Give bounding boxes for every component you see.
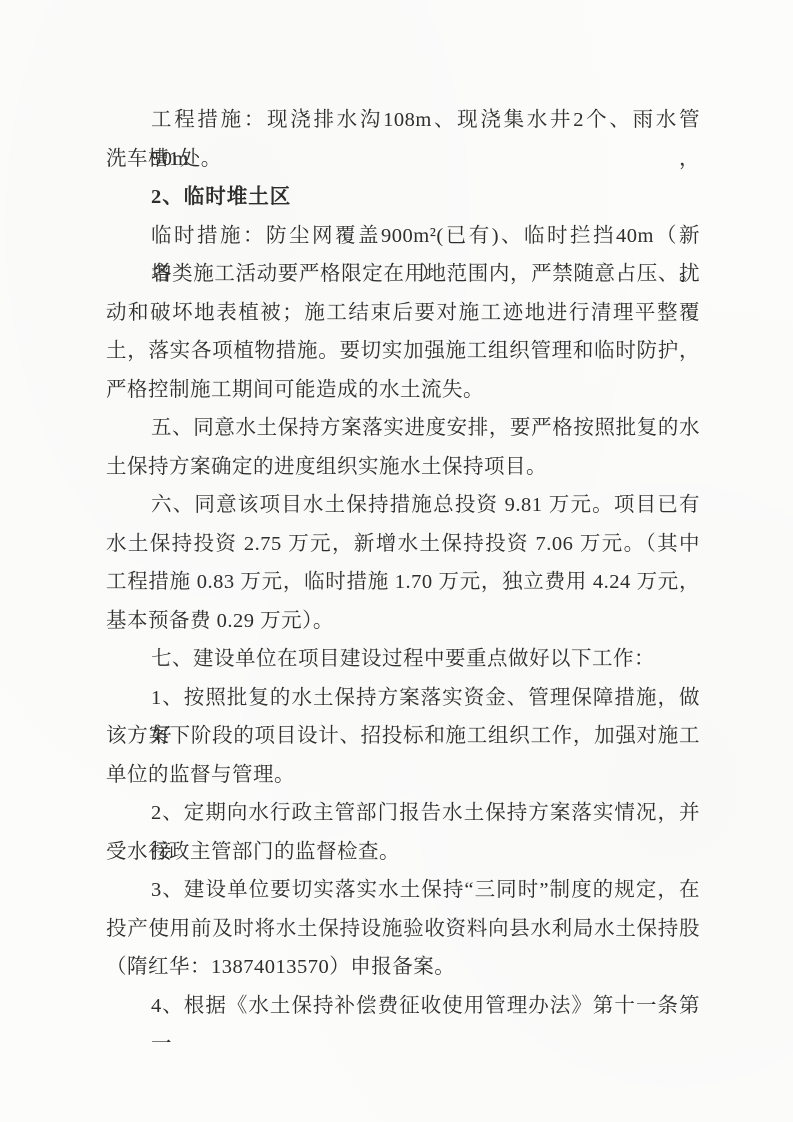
text-line: 临时措施：防尘网覆盖900m²(已有)、临时拦挡40m（新增）。 bbox=[106, 217, 700, 256]
text-line: 该方案下阶段的项目设计、招投标和施工组织工作，加强对施工 bbox=[106, 717, 700, 756]
text-line: 动和破坏地表植被；施工结束后要对施工迹地进行清理平整覆 bbox=[106, 294, 700, 333]
text-line: 投产使用前及时将水土保持设施验收资料向县水利局水土保持股 bbox=[106, 910, 700, 949]
document-body: 工程措施：现浇排水沟108m、现浇集水井2个、雨水管50m， 洗车槽1处。 2、… bbox=[106, 101, 700, 1025]
text-line: 3、建设单位要切实落实水土保持“三同时”制度的规定，在 bbox=[106, 871, 700, 910]
text-line: 土保持方案确定的进度组织实施水土保持项目。 bbox=[106, 448, 700, 487]
text-line: 各类施工活动要严格限定在用地范围内，严禁随意占压、扰 bbox=[106, 255, 700, 294]
text-line: 六、同意该项目水土保持措施总投资 9.81 万元。项目已有 bbox=[106, 486, 700, 525]
text-line: 1、按照批复的水土保持方案落实资金、管理保障措施，做好 bbox=[106, 679, 700, 718]
text-line: 工程措施：现浇排水沟108m、现浇集水井2个、雨水管50m， bbox=[106, 101, 700, 140]
text-line: 工程措施 0.83 万元，临时措施 1.70 万元，独立费用 4.24 万元， bbox=[106, 563, 700, 602]
document-page: 工程措施：现浇排水沟108m、现浇集水井2个、雨水管50m， 洗车槽1处。 2、… bbox=[0, 0, 793, 1122]
text-line: 严格控制施工期间可能造成的水土流失。 bbox=[106, 371, 700, 410]
text-line: 2、定期向水行政主管部门报告水土保持方案落实情况，并接 bbox=[106, 794, 700, 833]
text-line: 五、同意水土保持方案落实进度安排，要严格按照批复的水 bbox=[106, 409, 700, 448]
text-line: 受水行政主管部门的监督检查。 bbox=[106, 833, 700, 872]
text-line: （隋红华：13874013570）申报备案。 bbox=[106, 948, 700, 987]
text-line: 水土保持投资 2.75 万元，新增水土保持投资 7.06 万元。（其中 bbox=[106, 525, 700, 564]
text-line: 基本预备费 0.29 万元）。 bbox=[106, 602, 700, 641]
text-line: 七、建设单位在项目建设过程中要重点做好以下工作： bbox=[106, 640, 700, 679]
text-line: 4、根据《水土保持补偿费征收使用管理办法》第十一条第一 bbox=[106, 987, 700, 1026]
section-heading: 2、临时堆土区 bbox=[106, 178, 700, 217]
text-line: 土，落实各项植物措施。要切实加强施工组织管理和临时防护， bbox=[106, 332, 700, 371]
text-line: 单位的监督与管理。 bbox=[106, 756, 700, 795]
